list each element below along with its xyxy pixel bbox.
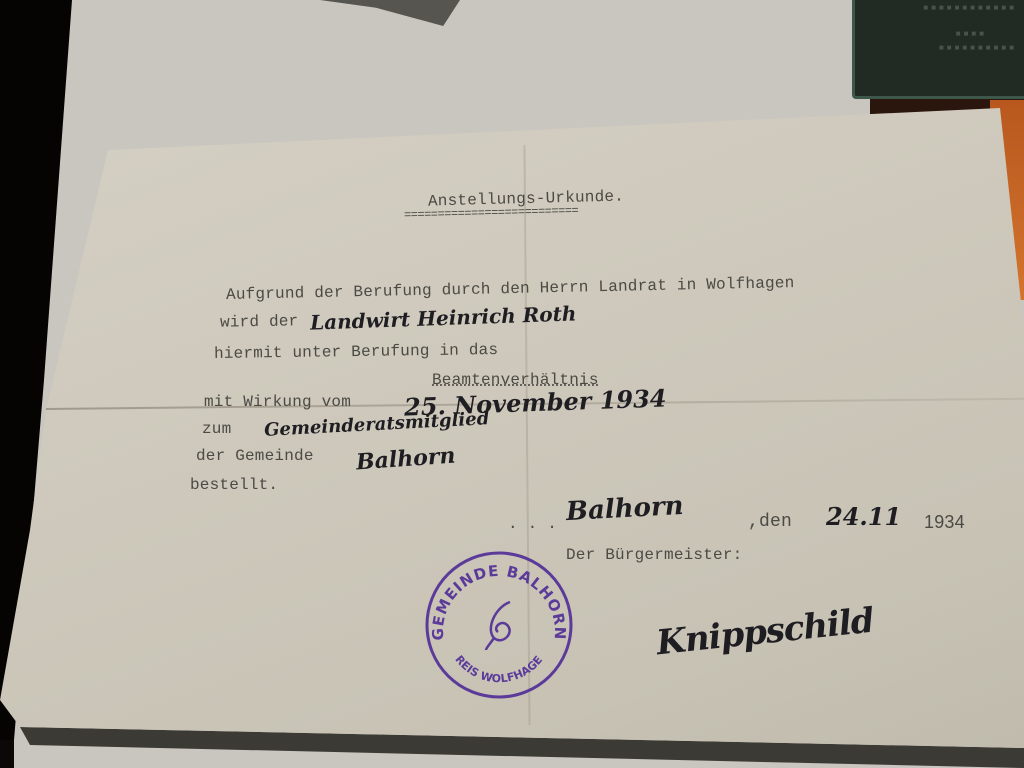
municipal-stamp: GEMEINDE BALHORN • KREIS WOLFHAGEN • bbox=[424, 550, 574, 700]
green-book-corner: ■■■■■■■■■■■■ ■■■■ ■■■■■■■■■■ bbox=[852, 0, 1024, 99]
text-line-2-typed: wird der bbox=[220, 312, 299, 331]
text-line-7-typed: der Gemeinde bbox=[196, 447, 314, 465]
date-year: 1934 bbox=[924, 512, 965, 533]
signatory-title: Der Bürgermeister: bbox=[566, 546, 742, 564]
place-dots: . . . bbox=[508, 515, 557, 533]
handwritten-place: Balhorn bbox=[565, 491, 684, 527]
stamp-seal-icon: GEMEINDE BALHORN • KREIS WOLFHAGEN • bbox=[424, 550, 574, 700]
handwritten-date: 24.11 bbox=[826, 502, 901, 531]
text-line-5-typed: mit Wirkung vom bbox=[204, 393, 351, 411]
text-line-6-typed: zum bbox=[202, 420, 231, 438]
date-prefix: ,den bbox=[748, 512, 792, 532]
text-line-8: bestellt. bbox=[190, 476, 278, 494]
